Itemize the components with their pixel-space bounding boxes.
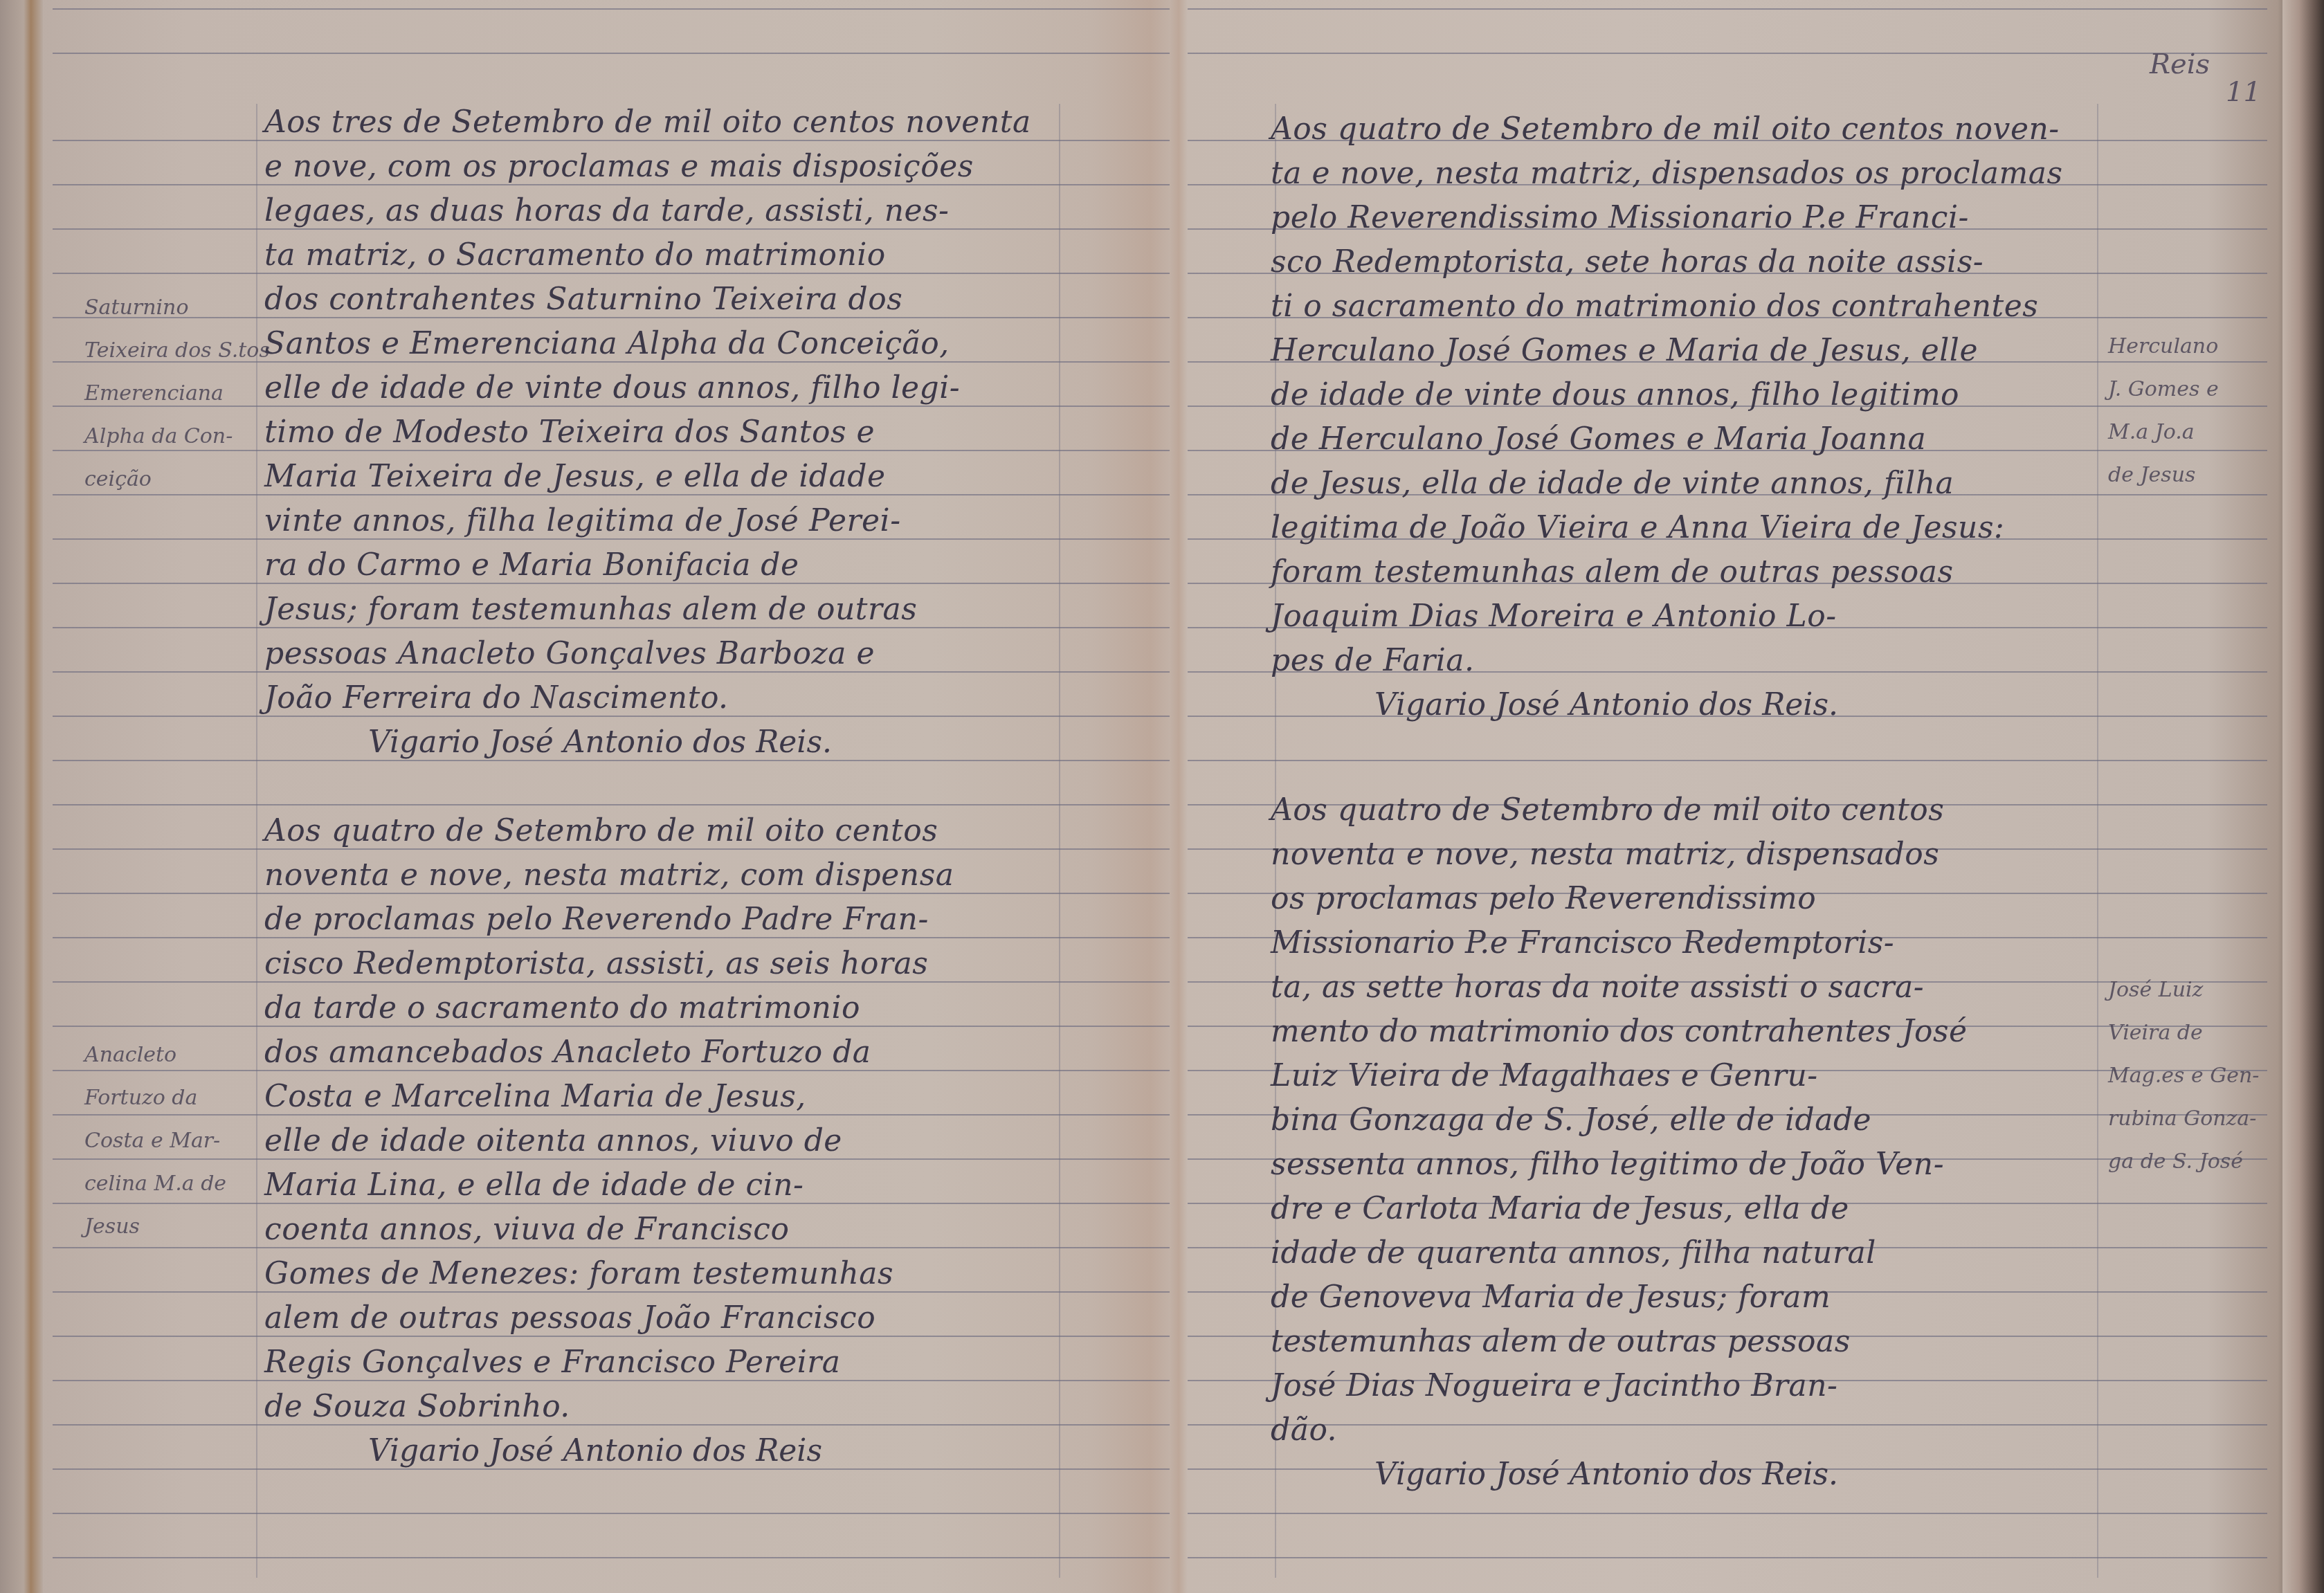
- entry-line: e nove, com os proclamas e mais disposiç…: [264, 148, 1031, 192]
- entry-line: Costa e Marcelina Maria de Jesus,: [264, 1078, 954, 1122]
- entry-line: Aos quatro de Setembro de mil oito cento…: [1271, 111, 2063, 155]
- entry-line: bina Gonzaga de S. José, elle de idade: [1271, 1102, 1968, 1146]
- entry-line: Herculano José Gomes e Maria de Jesus, e…: [1271, 332, 2063, 376]
- vicar-signature: Vigario José Antonio dos Reis.: [1271, 1456, 1968, 1500]
- entry-line: legitima de João Vieira e Anna Vieira de…: [1271, 509, 2063, 554]
- marriage-entry-4: Aos quatro de Setembro de mil oito cento…: [1271, 792, 1968, 1500]
- entry-line: ra do Carmo e Maria Bonifacia de: [264, 547, 1031, 591]
- entry-line: Missionario P.e Francisco Redemptoris-: [1271, 925, 1968, 969]
- entry-line: cisco Redemptorista, assisti, as seis ho…: [264, 945, 954, 990]
- entry-line: pessoas Anacleto Gonçalves Barboza e: [264, 635, 1031, 680]
- entry-line: elle de idade oitenta annos, viuvo de: [264, 1122, 954, 1167]
- entry-line: legaes, as duas horas da tarde, assisti,…: [264, 192, 1031, 237]
- entry-line: Gomes de Menezes: foram testemunhas: [264, 1255, 954, 1300]
- entry-line: foram testemunhas alem de outras pessoas: [1271, 554, 2063, 598]
- book-gutter: [1170, 0, 1188, 1593]
- entry-line: sessenta annos, filho legitimo de João V…: [1271, 1146, 1968, 1190]
- entry-line: de proclamas pelo Reverendo Padre Fran-: [264, 901, 954, 945]
- entry-line: Aos quatro de Setembro de mil oito cento…: [264, 812, 954, 857]
- entry-line: sco Redemptorista, sete horas da noite a…: [1271, 244, 2063, 288]
- right-page: Reis 11 Aos quatro de Setembro de mil oi…: [1188, 0, 2281, 1593]
- entry-line: testemunhas alem de outras pessoas: [1271, 1323, 1968, 1367]
- margin-note-entry-2: Anacleto Fortuzo da Costa e Mar- celina …: [84, 1034, 226, 1248]
- marriage-entry-1: Aos tres de Setembro de mil oito centos …: [264, 104, 1031, 768]
- entry-line: Joaquim Dias Moreira e Antonio Lo-: [1271, 598, 2063, 642]
- entry-line: vinte annos, filha legitima de José Pere…: [264, 502, 1031, 547]
- entry-line: noventa e nove, nesta matriz, com dispen…: [264, 857, 954, 901]
- entry-line: ta matriz, o Sacramento do matrimonio: [264, 237, 1031, 281]
- entry-line: Regis Gonçalves e Francisco Pereira: [264, 1344, 954, 1388]
- book-spread: Saturnino Teixeira dos S.tos Emerenciana…: [0, 0, 2324, 1593]
- marriage-entry-3: Aos quatro de Setembro de mil oito cento…: [1271, 111, 2063, 731]
- entry-line: pelo Reverendissimo Missionario P.e Fran…: [1271, 199, 2063, 244]
- entry-line: ti o sacramento do matrimonio dos contra…: [1271, 288, 2063, 332]
- entry-line: Maria Lina, e ella de idade de cin-: [264, 1167, 954, 1211]
- entry-line: mento do matrimonio dos contrahentes Jos…: [1271, 1013, 1968, 1057]
- entry-line: os proclamas pelo Reverendissimo: [1271, 880, 1968, 925]
- vicar-signature: Vigario José Antonio dos Reis.: [264, 724, 1031, 768]
- entry-line: de Genoveva Maria de Jesus; foram: [1271, 1279, 1968, 1323]
- folio-number: 11: [2226, 76, 2261, 108]
- entry-line: José Dias Nogueira e Jacintho Bran-: [1271, 1367, 1968, 1412]
- book-right-edge: [2282, 0, 2324, 1593]
- margin-note-entry-4: José Luiz Vieira de Mag.es e Gen- rubina…: [2108, 969, 2260, 1183]
- entry-line: Aos tres de Setembro de mil oito centos …: [264, 104, 1031, 148]
- entry-line: ta e nove, nesta matriz, dispensados os …: [1271, 155, 2063, 199]
- margin-note-entry-1: Saturnino Teixeira dos S.tos Emerenciana…: [84, 286, 270, 501]
- page-header-initial: Reis: [2150, 48, 2210, 80]
- entry-line: pes de Faria.: [1271, 642, 2063, 686]
- entry-line: de Jesus, ella de idade de vinte annos, …: [1271, 465, 2063, 509]
- book-left-edge: [0, 0, 43, 1593]
- entry-line: timo de Modesto Teixeira dos Santos e: [264, 414, 1031, 458]
- vicar-signature: Vigario José Antonio dos Reis: [264, 1432, 954, 1477]
- entry-line: de idade de vinte dous annos, filho legi…: [1271, 376, 2063, 421]
- entry-line: Luiz Vieira de Magalhaes e Genru-: [1271, 1057, 1968, 1102]
- entry-line: João Ferreira do Nascimento.: [264, 680, 1031, 724]
- marriage-entry-2: Aos quatro de Setembro de mil oito cento…: [264, 812, 954, 1477]
- vicar-signature: Vigario José Antonio dos Reis.: [1271, 686, 2063, 731]
- entry-line: dão.: [1271, 1412, 1968, 1456]
- left-page: Saturnino Teixeira dos S.tos Emerenciana…: [43, 0, 1170, 1593]
- entry-line: Jesus; foram testemunhas alem de outras: [264, 591, 1031, 635]
- entry-line: dos amancebados Anacleto Fortuzo da: [264, 1034, 954, 1078]
- entry-line: alem de outras pessoas João Francisco: [264, 1300, 954, 1344]
- entry-line: Santos e Emerenciana Alpha da Conceição,: [264, 325, 1031, 370]
- entry-line: de Souza Sobrinho.: [264, 1388, 954, 1432]
- entry-line: de Herculano José Gomes e Maria Joanna: [1271, 421, 2063, 465]
- entry-line: dos contrahentes Saturnino Teixeira dos: [264, 281, 1031, 325]
- entry-line: Maria Teixeira de Jesus, e ella de idade: [264, 458, 1031, 502]
- margin-note-entry-3: Herculano J. Gomes e M.a Jo.a de Jesus: [2108, 325, 2219, 497]
- entry-line: da tarde o sacramento do matrimonio: [264, 990, 954, 1034]
- entry-line: Aos quatro de Setembro de mil oito cento…: [1271, 792, 1968, 836]
- entry-line: elle de idade de vinte dous annos, filho…: [264, 370, 1031, 414]
- entry-line: coenta annos, viuva de Francisco: [264, 1211, 954, 1255]
- entry-line: dre e Carlota Maria de Jesus, ella de: [1271, 1190, 1968, 1235]
- entry-line: ta, as sette horas da noite assisti o sa…: [1271, 969, 1968, 1013]
- entry-line: idade de quarenta annos, filha natural: [1271, 1235, 1968, 1279]
- entry-line: noventa e nove, nesta matriz, dispensado…: [1271, 836, 1968, 880]
